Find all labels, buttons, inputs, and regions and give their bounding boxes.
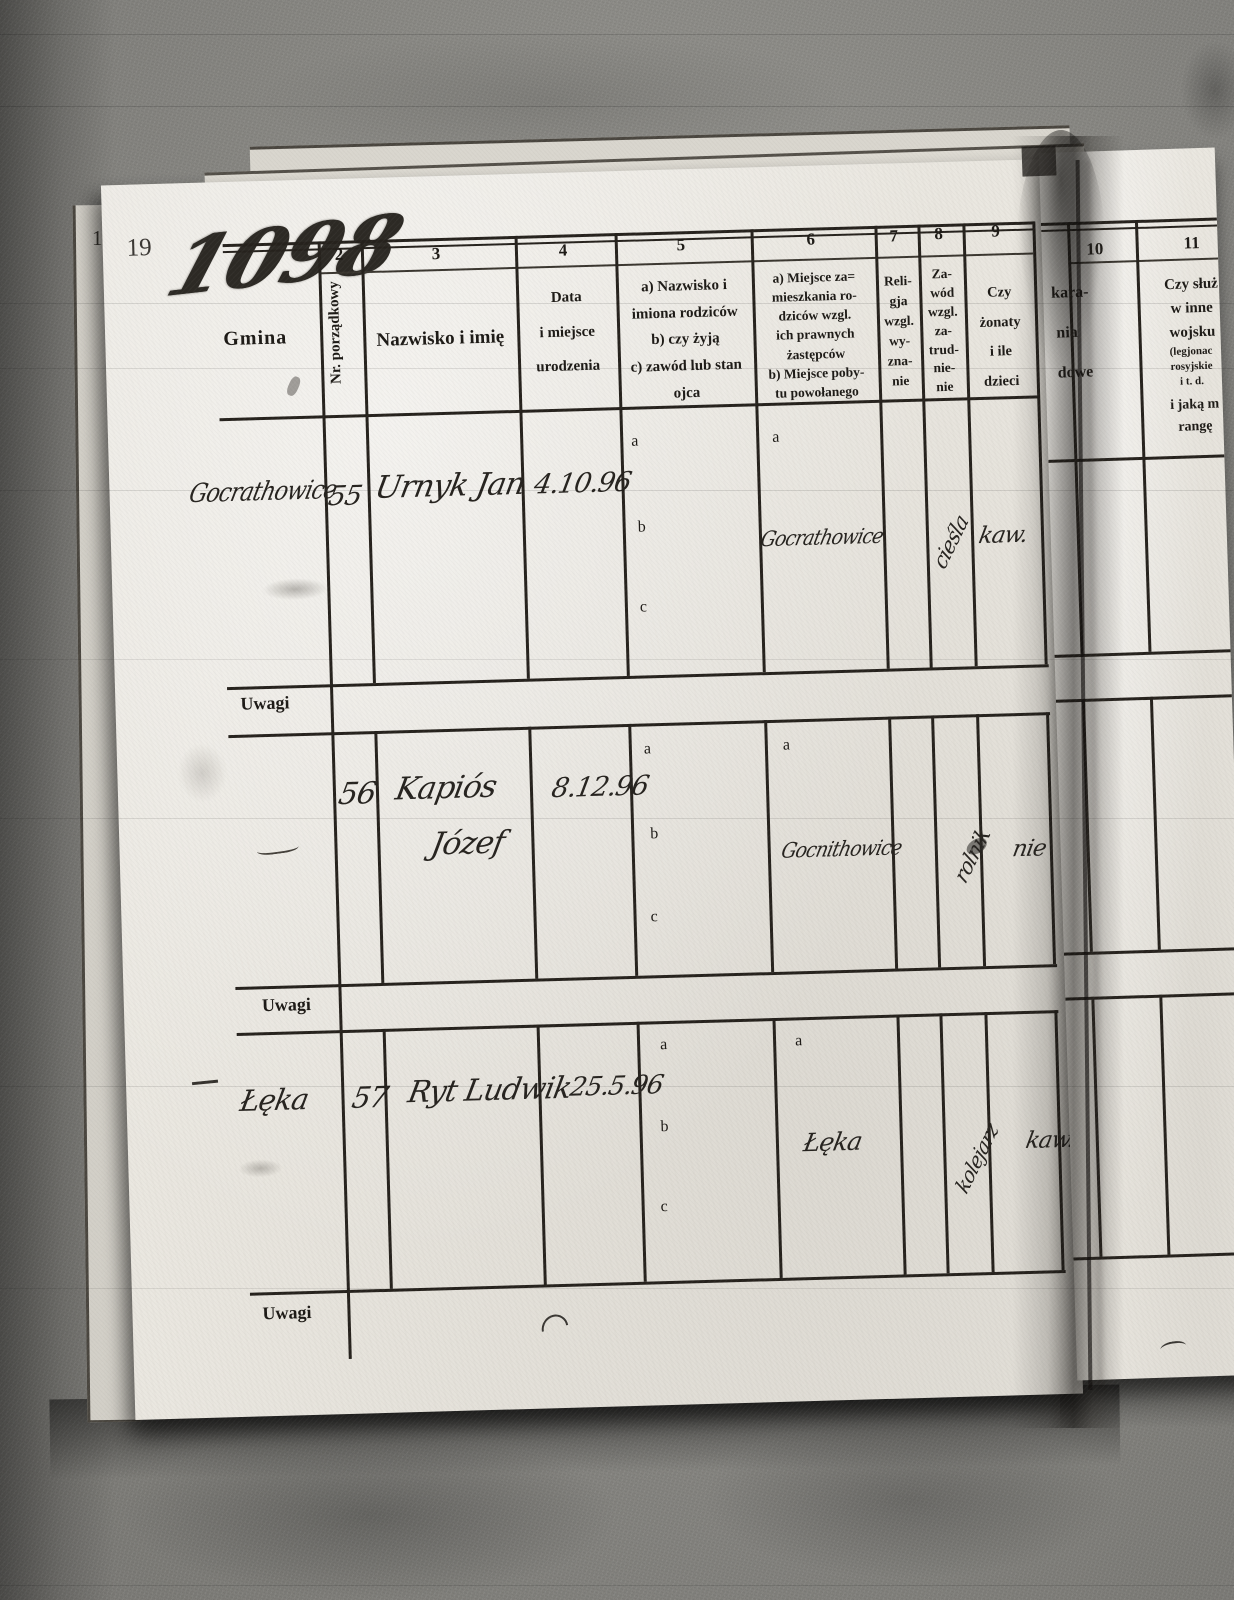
header-sluzba-small: (legjonac rosyjskie i t. d. [1143, 343, 1234, 391]
header-gmina: Gmina [203, 326, 308, 352]
grid-line [637, 1022, 647, 1282]
header-line: Czy służ [1143, 271, 1234, 298]
submarker-c: c [650, 908, 658, 926]
header-data-urodzenia: Data i miejsce urodzenia [518, 279, 617, 385]
grid-line [227, 664, 1049, 690]
scratch-line [0, 818, 1234, 819]
uwagi-label: Uwagi [262, 994, 312, 1016]
scratch-line [0, 1288, 1234, 1289]
row55-occupation: cieśla [929, 510, 973, 574]
column-number-6: 6 [795, 229, 826, 250]
header-line: nie [879, 370, 922, 391]
row57-occupation: kolejarz [951, 1119, 1003, 1199]
row56-marital-status: nie [1010, 835, 1048, 862]
header-line: Data [518, 279, 615, 316]
grid-line [939, 1013, 949, 1273]
row55-marital-status: kaw. [977, 522, 1030, 549]
grid-line [235, 964, 1057, 990]
column-number-3: 3 [421, 244, 452, 265]
header-line: Za- [920, 264, 965, 284]
header-zonaty: Czy żonaty i ile dzieci [965, 277, 1036, 398]
header-sluzba-medium: i jaką m rangę [1144, 393, 1234, 439]
row56-residence: Gocnithowice [779, 835, 904, 862]
header-line: wzgl. [921, 302, 966, 322]
smudge [177, 742, 229, 803]
pen-mark [536, 1309, 573, 1347]
submarker-a: a [631, 433, 639, 451]
column-number-5: 5 [666, 235, 697, 256]
scratch-line [0, 34, 1234, 35]
header-line: Czy [965, 277, 1034, 309]
grid-line [764, 720, 774, 972]
submarker-a: a [772, 429, 780, 447]
row57-residence: Łęka [801, 1127, 864, 1158]
page-number: 19 [126, 234, 152, 263]
pencil-squiggle [256, 839, 299, 856]
submarker-a: a [795, 1032, 803, 1050]
binding-clip [1021, 145, 1056, 176]
header-line: trud- [922, 340, 967, 360]
header-line: i ile [967, 337, 1036, 369]
uwagi-label: Uwagi [240, 692, 290, 714]
pen-mark [1160, 1339, 1188, 1355]
grid-line [528, 727, 538, 979]
header-line: wód [920, 283, 965, 303]
header-line: żonaty [966, 307, 1035, 339]
header-religja: Reli- gja wzgl. wy- zna- nie [877, 271, 922, 392]
grid-line [1073, 1252, 1234, 1261]
header-line: a) Nazwisko i [618, 271, 751, 301]
grid-line [1159, 995, 1170, 1255]
row55-nr: 55 [326, 480, 364, 512]
grid-line [383, 1029, 393, 1289]
header-nazwisko-imie: Nazwisko i imię [365, 326, 516, 352]
row56-occupation: rolnik [950, 823, 995, 888]
header-line: nie [923, 378, 968, 398]
row57-marital-status: kaw. [1024, 1127, 1077, 1154]
grid-line [931, 715, 941, 967]
pen-dash [192, 1080, 218, 1086]
header-line: b) Miejsce poby- [756, 362, 876, 384]
grid-line [772, 1018, 782, 1278]
header-line: mieszkania ro- [754, 285, 874, 307]
column-number-11: 11 [1173, 233, 1210, 254]
grid-line [228, 712, 1050, 738]
scratch-line [0, 490, 1234, 491]
smudge [262, 577, 329, 601]
register-left-page: 19 1098 2 3 4 5 6 7 8 9 Gmina Nr. porząd… [101, 159, 1083, 1420]
header-sluzba-large: Czy służ w inne wojsku [1143, 271, 1234, 346]
scratch-line [0, 303, 1234, 304]
row56-birth-date: 8.12.96 [549, 770, 651, 804]
smudge [285, 375, 302, 397]
grid-line [537, 1025, 547, 1285]
header-line: wojsku [1144, 319, 1234, 346]
submarker-a: a [660, 1036, 668, 1054]
grid-line [250, 1270, 1066, 1296]
submarker-c: c [660, 1198, 668, 1216]
uwagi-label: Uwagi [262, 1302, 312, 1324]
grid-line [896, 1015, 906, 1275]
corner-dark-patch [1180, 40, 1234, 140]
grid-line [1150, 697, 1160, 950]
scratch-line [0, 659, 1234, 660]
row57-nr: 57 [349, 1080, 390, 1115]
header-rodzice: a) Nazwisko i imiona rodziców b) czy żyj… [618, 271, 754, 408]
scratch-line [0, 1086, 1234, 1087]
submarker-b: b [637, 518, 645, 536]
grid-line [237, 1010, 1059, 1036]
header-line: b) czy żyją [619, 325, 752, 355]
row56-nr: 56 [336, 776, 379, 812]
header-line: Reli- [877, 271, 920, 292]
row56-name-line1: Kapiós [393, 769, 500, 808]
handwritten-register-number: 1098 [156, 195, 413, 315]
header-line: wy- [878, 331, 921, 352]
row57-gmina: Łęka [237, 1082, 311, 1118]
scratch-line [0, 106, 1234, 107]
row56-name-line2: Józef [428, 824, 507, 862]
grid-line [1065, 992, 1234, 1001]
submarker-b: b [660, 1118, 668, 1136]
header-line: c) zawód lub stan [620, 351, 753, 381]
submarker-a: a [644, 740, 652, 758]
header-kary-line: dowe [1057, 363, 1093, 382]
scratch-line [0, 1585, 1234, 1586]
column-number-9: 9 [980, 221, 1011, 242]
scratch-line [0, 368, 1234, 369]
header-line: i jaką m [1144, 393, 1234, 418]
header-line: wzgl. [878, 311, 921, 332]
header-miejsce: a) Miejsce za= mieszkania ro- dziców wzg… [754, 266, 878, 403]
column-number-4: 4 [548, 240, 579, 261]
header-line: i t. d. [1144, 373, 1234, 391]
row55-birth-date: 4.10.96 [532, 467, 634, 501]
grid-line [1091, 997, 1102, 1257]
row55-gmina: Gocrathowice [186, 475, 339, 509]
column-number-7: 7 [878, 226, 909, 247]
row57-name: Ryt Ludwik [405, 1071, 574, 1111]
submarker-a: a [783, 736, 791, 754]
smudge [238, 1159, 282, 1178]
header-line: gja [877, 291, 920, 312]
grid-line [374, 731, 384, 983]
header-zawod: Za- wód wzgl. za- trud- nie- nie [920, 264, 968, 397]
row55-name: Urnyk Jan [372, 466, 528, 506]
grid-line [628, 724, 638, 976]
submarker-b: b [650, 825, 658, 843]
column-number-10: 10 [1077, 239, 1114, 260]
scanned-register-page: 14 19 1098 2 3 4 5 6 7 8 9 Gmina Nr. por… [0, 0, 1234, 1600]
column-number-8: 8 [923, 224, 954, 245]
header-line: w inne [1143, 295, 1234, 322]
header-kary-line: nia [1056, 324, 1078, 343]
grid-line [361, 240, 376, 683]
header-line: rangę [1145, 414, 1234, 439]
header-line: dzieci [967, 367, 1036, 399]
header-line: i miejsce [519, 314, 616, 351]
header-line: za- [921, 321, 966, 341]
header-line: urodzenia [520, 348, 617, 385]
row55-residence: Gocrathowice [758, 524, 885, 552]
submarker-c: c [640, 598, 648, 616]
